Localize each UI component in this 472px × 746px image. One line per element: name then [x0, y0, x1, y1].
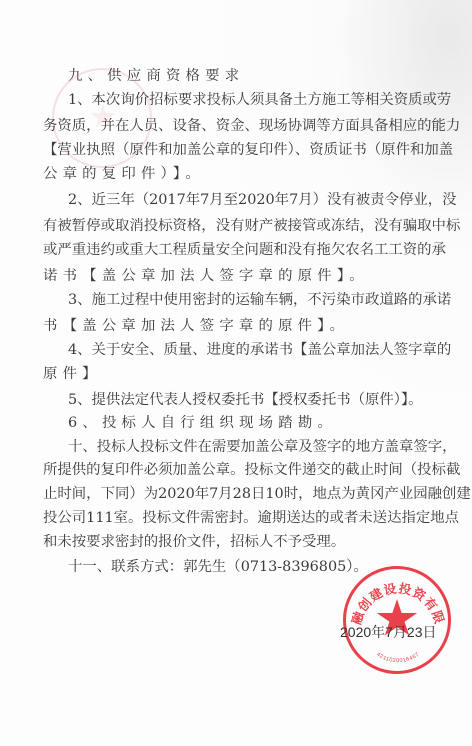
- paragraph-line: 4、关于安全、质量、进度的承诺书【盖公章加法人签字章的: [68, 341, 429, 359]
- paragraph-line: 2、近三年（2017年7月至2020年7月）没有被责令停业，没: [68, 191, 429, 209]
- paragraph-line: 和未按要求密封的报价文件，招标人不予受理。: [43, 533, 429, 551]
- paragraph-line: 止时间，下同）为2020年7月28日10时，地点为黄冈产业园融创建: [43, 485, 429, 503]
- paragraph-line: 或严重违约或重大工程质量安全问题和没有拖欠农名工工资的承: [43, 241, 429, 259]
- paragraph-line: 6、投标人自行组织现场踏勘。: [68, 414, 429, 432]
- paragraph-line: 九、供应商资格要求: [68, 67, 429, 85]
- paragraph-line: 有被暂停或取消投标资格，没有财产被接管或冻结，没有骗取中标: [43, 217, 429, 235]
- paragraph-line: 所提供的复印件必须加盖公章。投标文件递交的截止时间（投标截: [43, 461, 429, 479]
- paragraph-line: 投公司111室。投标文件需密封。逾期送达的或者未送达指定地点: [43, 509, 429, 527]
- paragraph-line: 十、投标人投标文件在需要加盖公章及签字的地方盖章签字，: [68, 438, 429, 456]
- paragraph-line: 书【盖公章加法人签字章的原件】。: [43, 317, 429, 335]
- paragraph-line: 公章的复印件）】。: [43, 165, 429, 183]
- document-page: 九、供应商资格要求1、本次询价招标要求投标人须具备土方施工等相关资质或劳务资质，…: [0, 0, 472, 746]
- signature-date: 2020年7月23日: [340, 623, 437, 641]
- paragraph-line: 务资质，并在人员、设备、资金、现场协调等方面具备相应的能力: [43, 117, 429, 135]
- paragraph-line: 原件】: [43, 365, 429, 383]
- paragraph-line: 1、本次询价招标要求投标人须具备土方施工等相关资质或劳: [68, 91, 429, 109]
- paragraph-line: 3、施工过程中使用密封的运输车辆，不污染市政道路的承诺: [68, 291, 429, 309]
- paragraph-line: 【营业执照（原件和加盖公章的复印件）、资质证书（原件和加盖: [43, 141, 429, 159]
- paragraph-line: 诺书【盖公章加法人签字章的原件】。: [43, 267, 429, 285]
- svg-text:4211020016467: 4211020016467: [375, 652, 420, 664]
- company-seal: 黄冈融创建设投资有限公司 4211020016467: [343, 566, 451, 674]
- paragraph-line: 5、提供法定代表人授权委托书【授权委托书（原件）】。: [68, 391, 429, 409]
